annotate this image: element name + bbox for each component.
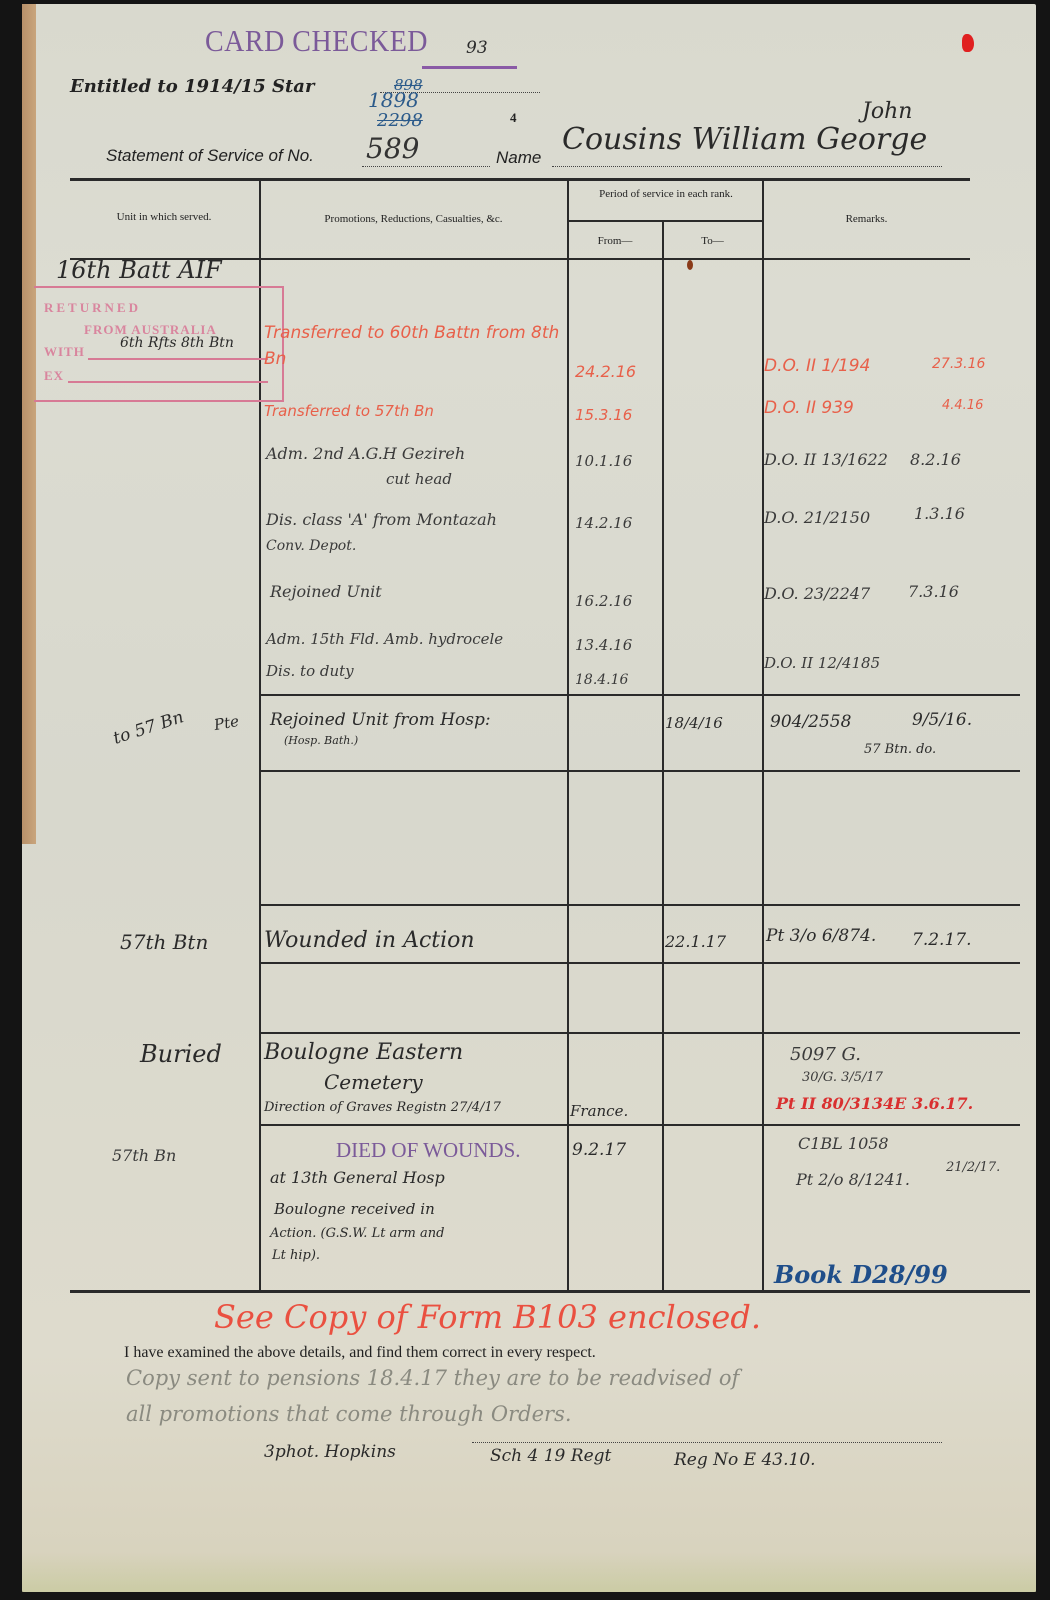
remarks-ref: 5097 G. xyxy=(790,1044,861,1065)
entry-lt-hip: Lt hip). xyxy=(272,1248,320,1263)
pension-note-line1: Copy sent to pensions 18.4.17 they are t… xyxy=(126,1366,739,1390)
remarks-date: 7.2.17. xyxy=(912,930,971,950)
remarks-ref-2: Pt 2/o 8/1241. xyxy=(796,1170,910,1189)
corner-mark: 4 xyxy=(510,110,517,126)
location-france: France. xyxy=(570,1102,628,1120)
from-date: 13.4.16 xyxy=(575,636,632,654)
from-date: 10.1.16 xyxy=(575,452,632,470)
remarks-ref: Pt 3/o 6/874. xyxy=(766,926,876,946)
from-date: 14.2.16 xyxy=(575,514,632,532)
signature-schedule: Sch 4 19 Regt xyxy=(490,1446,611,1466)
remarks-ref: D.O. II 13/1622 xyxy=(764,450,888,469)
signature-hopkins: 3phot. Hopkins xyxy=(264,1442,396,1462)
remarks-ref: D.O. II 939 xyxy=(764,398,854,418)
row-rule xyxy=(260,962,1020,964)
col-header-from: From— xyxy=(568,235,662,247)
col-header-period: Period of service in each rank. xyxy=(582,188,750,201)
table-bottom-rule xyxy=(70,1290,1030,1293)
col-header-unit: Unit in which served. xyxy=(70,211,258,223)
from-date: 24.2.16 xyxy=(575,362,636,381)
row-rule xyxy=(260,904,1020,906)
entry-wounded-in-action: Wounded in Action xyxy=(264,928,475,953)
entry-graves-registration: Direction of Graves Registn 27/4/17 xyxy=(264,1100,501,1115)
name-value: Cousins William George xyxy=(562,122,927,157)
col-header-promotions: Promotions, Reductions, Casualties, &c. xyxy=(260,213,567,225)
col-header-to: To— xyxy=(663,235,762,247)
to-date: 18/4/16 xyxy=(665,714,723,732)
number-dotted-line xyxy=(362,166,490,167)
entry-cut-head: cut head xyxy=(386,470,452,488)
entry-13th-general-hosp: at 13th General Hosp xyxy=(270,1168,445,1187)
remarks-ref: C1BL 1058 xyxy=(798,1134,889,1153)
entry-adm-agh: Adm. 2nd A.G.H Gezireh xyxy=(266,444,465,463)
period-subdivider xyxy=(568,220,763,222)
entry-boulogne-eastern: Boulogne Eastern xyxy=(264,1040,463,1065)
book-reference: Book D28/99 xyxy=(774,1260,948,1289)
entry-dis-class-a: Dis. class 'A' from Montazah xyxy=(266,510,497,529)
remarks-ref: D.O. II 12/4185 xyxy=(764,654,880,672)
name-dotted-line xyxy=(552,166,942,167)
stamp-with-value: 6th Rfts 8th Btn xyxy=(120,335,234,351)
stamp-ex-label: EX xyxy=(44,368,64,384)
certification-text: I have examined the above details, and f… xyxy=(124,1344,596,1362)
remarks-date: 27.3.16 xyxy=(932,356,985,372)
unit-buried: Buried xyxy=(140,1040,222,1068)
entry-transferred-60th: Transferred to 60th Battn from 8th Bn xyxy=(264,320,564,372)
from-date: 18.4.16 xyxy=(575,672,628,688)
signature-dotted-line xyxy=(472,1442,942,1443)
remarks-date: 9/5/16. xyxy=(912,710,972,730)
entry-adm-fld-amb: Adm. 15th Fld. Amb. hydrocele xyxy=(266,630,503,648)
stamp-with-label: WITH xyxy=(44,344,85,360)
stamp-ex-line xyxy=(68,381,268,383)
ink-spot xyxy=(687,260,693,270)
from-date: 15.3.16 xyxy=(575,406,632,424)
remarks-ref-red: Pt II 80/3134E 3.6.17. xyxy=(776,1094,973,1113)
entry-dis-to-duty: Dis. to duty xyxy=(266,662,354,680)
unit-57th-bn: 57th Bn xyxy=(112,1146,176,1165)
returned-from-australia-stamp: RETURNED FROM AUSTRALIA WITH 6th Rfts 8t… xyxy=(34,286,284,402)
unit-57th-btn: 57th Btn xyxy=(120,930,208,954)
row-rule xyxy=(260,694,1020,696)
entry-cemetery: Cemetery xyxy=(324,1070,423,1094)
from-date: 16.2.16 xyxy=(575,592,632,610)
unit-to-57-bn: to 57 Bn xyxy=(111,707,187,749)
entry-boulogne-received: Boulogne received in xyxy=(274,1200,435,1218)
name-label: Name xyxy=(496,148,541,168)
remarks-date: 7.3.16 xyxy=(908,582,959,601)
row-rule xyxy=(260,1124,1020,1126)
col-divider-3 xyxy=(662,220,664,1290)
to-date: 22.1.17 xyxy=(665,932,726,951)
remarks-ref-2: 30/G. 3/5/17 xyxy=(802,1070,883,1085)
unit-16th-batt: 16th Batt AIF xyxy=(56,256,222,284)
service-number-struck: 2298 xyxy=(377,110,423,131)
entry-hosp-bath: (Hosp. Bath.) xyxy=(284,734,358,747)
card-checked-stamp: CARD CHECKED xyxy=(205,24,428,59)
entry-action-gsw: Action. (G.S.W. Lt arm and xyxy=(270,1226,444,1241)
stamp-underline xyxy=(422,66,517,69)
entitled-value: 1898 xyxy=(368,88,419,112)
signature-reg-no: Reg No E 43.10. xyxy=(674,1450,816,1470)
rank-pte: Pte xyxy=(213,712,241,734)
entry-rejoined-from-hosp: Rejoined Unit from Hosp: xyxy=(270,710,491,730)
entitled-label: Entitled to 1914/15 Star xyxy=(70,76,314,97)
pension-note-line2: all promotions that come through Orders. xyxy=(126,1402,572,1426)
remarks-57btn-do: 57 Btn. do. xyxy=(864,742,936,757)
entry-rejoined-unit: Rejoined Unit xyxy=(270,582,382,601)
table-top-rule xyxy=(70,178,970,181)
remarks-date: 4.4.16 xyxy=(942,398,983,413)
stamp-line-returned: RETURNED xyxy=(44,300,141,316)
remarks-ref: D.O. 23/2247 xyxy=(764,584,870,603)
from-date: 9.2.17 xyxy=(572,1140,626,1160)
remarks-ref: D.O. II 1/194 xyxy=(764,356,870,376)
card-checked-mark: 93 xyxy=(466,38,488,58)
service-number: 589 xyxy=(366,132,419,165)
name-insert: John xyxy=(862,99,912,124)
remarks-date: 1.3.16 xyxy=(914,504,965,523)
remarks-date: 21/2/17. xyxy=(946,1160,1000,1175)
remarks-ref: 904/2558 xyxy=(770,712,851,732)
remarks-date: 8.2.16 xyxy=(910,450,961,469)
row-rule xyxy=(260,1032,1020,1034)
stamp-with-line xyxy=(88,358,268,360)
service-number-label: Statement of Service of No. xyxy=(106,146,314,166)
remarks-ref: D.O. 21/2150 xyxy=(764,508,870,527)
died-of-wounds-stamp: DIED OF WOUNDS. xyxy=(336,1138,521,1163)
entry-conv-depot: Conv. Depot. xyxy=(266,538,356,554)
service-record-page: CARD CHECKED 93 Entitled to 1914/15 Star… xyxy=(22,4,1036,1592)
enclosure-note: See Copy of Form B103 enclosed. xyxy=(214,1298,761,1336)
col-header-remarks: Remarks. xyxy=(763,213,970,225)
row-rule xyxy=(260,770,1020,772)
entry-transferred-57th: Transferred to 57th Bn xyxy=(264,402,434,420)
red-ink-blot xyxy=(962,34,974,52)
